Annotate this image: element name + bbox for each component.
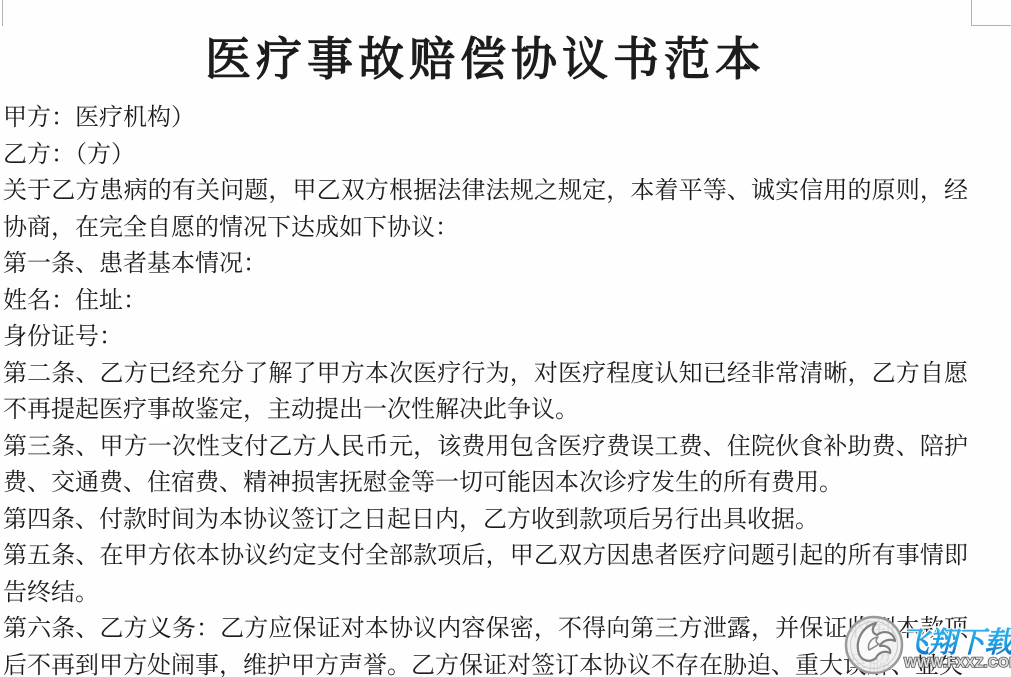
paragraph: 第六条、乙方义务：乙方应保证对本协议内容保密，不得向第三方泄露，并保证收到本款项…: [3, 611, 968, 677]
paragraph: 关于乙方患病的有关问题，甲乙双方根据法律法规之规定，本着平等、诚实信用的原则，经…: [3, 173, 968, 246]
paragraph: 姓名：住址：: [3, 283, 968, 320]
document-body: 甲方：医疗机构） 乙方：（方） 关于乙方患病的有关问题，甲乙双方根据法律法规之规…: [3, 100, 968, 677]
paragraph: 第二条、乙方已经充分了解了甲方本次医疗行为，对医疗程度认知已经非常清晰，乙方自愿…: [3, 356, 968, 429]
paragraph: 甲方：医疗机构）: [3, 100, 968, 137]
page-border-mark-right-vertical: [971, 0, 972, 25]
document-page: 医疗事故赔偿协议书范本 甲方：医疗机构） 乙方：（方） 关于乙方患病的有关问题，…: [0, 0, 1011, 677]
paragraph: 乙方：（方）: [3, 137, 968, 174]
paragraph: 第三条、甲方一次性支付乙方人民币元，该费用包含医疗费误工费、住院伙食补助费、陪护…: [3, 429, 968, 502]
paragraph: 第一条、患者基本情况：: [3, 246, 968, 283]
paragraph: 身份证号：: [3, 319, 968, 356]
document-title: 医疗事故赔偿协议书范本: [3, 32, 968, 88]
page-border-mark-left: [2, 0, 3, 26]
paragraph: 第四条、付款时间为本协议签订之日起日内，乙方收到款项后另行出具收据。: [3, 502, 968, 539]
page-border-mark-right-horizontal: [971, 25, 1011, 26]
paragraph: 第五条、在甲方依本协议约定支付全部款项后，甲乙双方因患者医疗问题引起的所有事情即…: [3, 538, 968, 611]
